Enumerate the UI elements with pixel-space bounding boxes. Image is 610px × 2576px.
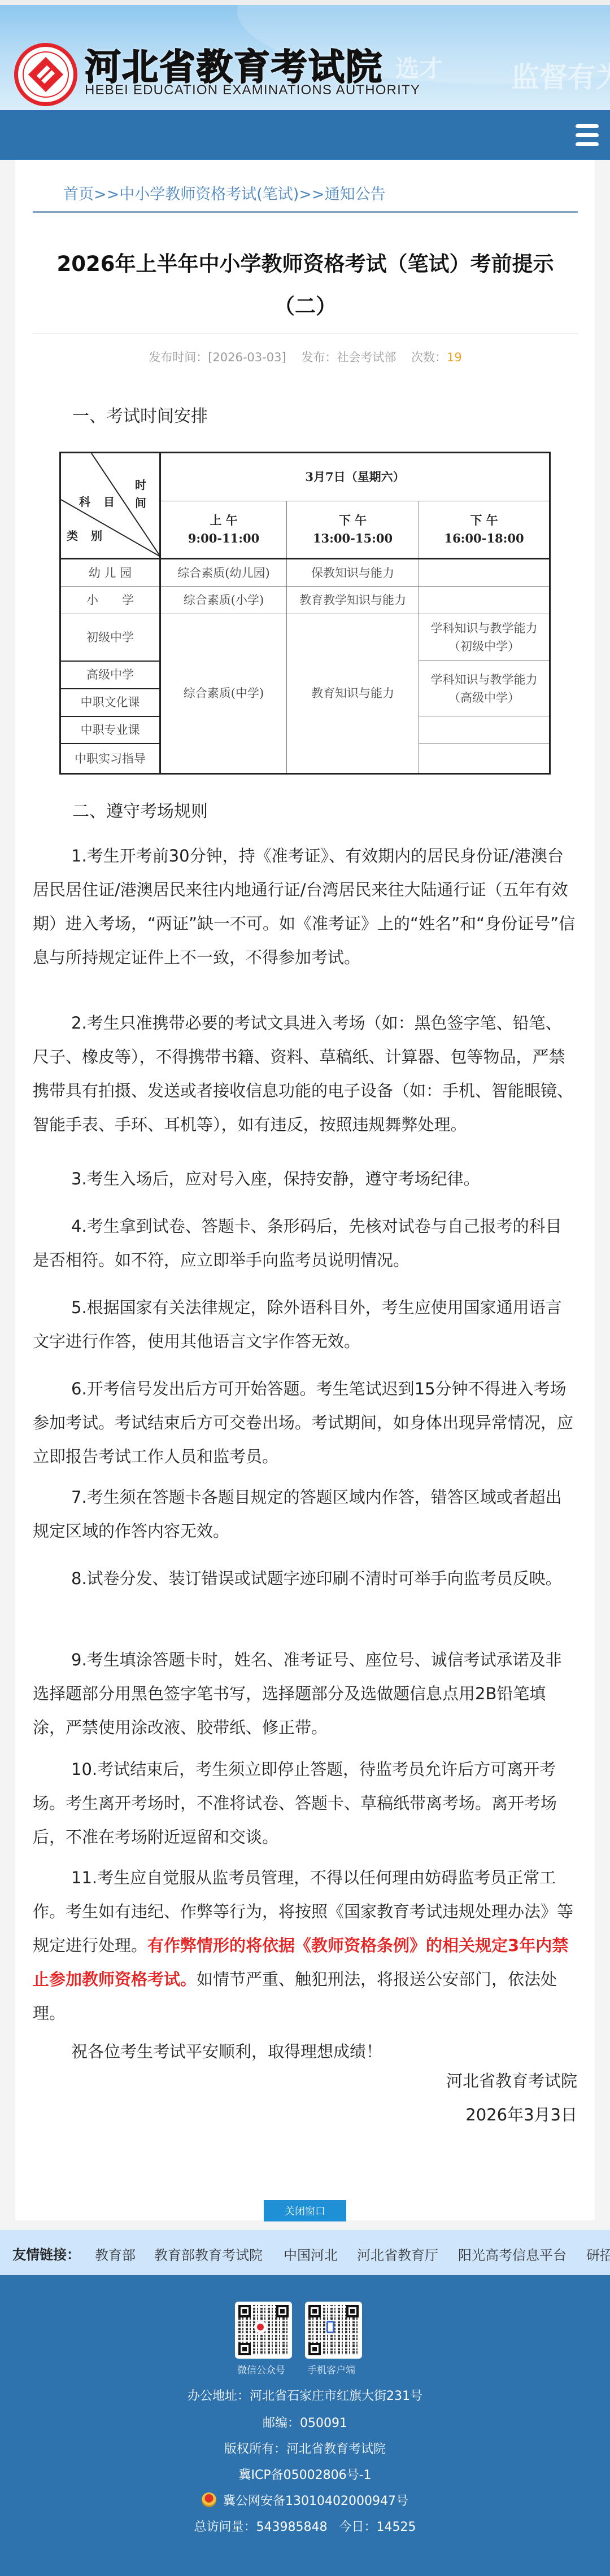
cell (419, 744, 550, 773)
wechat-qr-code-icon[interactable] (235, 2302, 292, 2359)
breadcrumb: 首页>>中小学教师资格考试(笔试)>>通知公告 (63, 182, 386, 204)
cell-junior-s3: 学科知识与教学能力（初级中学） (419, 614, 550, 661)
category-senior: 高级中学 (60, 661, 160, 689)
exam-schedule-table: 时 间 科 目 类 别 3月7日（星期六） 上 午9:00-11:00 下 午1… (59, 452, 551, 775)
site-title[interactable]: 河北省教育考试院 (85, 50, 383, 86)
breadcrumb-separator: >> (299, 186, 324, 203)
cell (419, 559, 550, 587)
breadcrumb-divider (33, 211, 578, 213)
rule-paragraph: 1.考生开考前30分钟，持《准考证》、有效期内的居民身份证/港澳台居民居住证/港… (33, 839, 578, 974)
rule-paragraph: 8.试卷分发、装订错误或试题字迹印刷不清时可举手向监考员反映。 (33, 1562, 578, 1595)
cell-senior-s3: 学科知识与教学能力（高级中学） (419, 661, 550, 716)
rule-paragraph: 3.考生入场后，应对号入座，保持安静，遵守考场纪律。 (33, 1162, 578, 1196)
signature-date: 2026年3月3日 (465, 2102, 577, 2125)
footer-address: 办公地址：河北省石家庄市红旗大街231号 (0, 2386, 610, 2404)
visits-total: 543985848 (256, 2520, 328, 2534)
footer-police-record[interactable]: 冀公网安备13010402000947号 (0, 2491, 610, 2509)
rule-paragraph: 10.考试结束后，考生须立即停止答题，待监考员允许后方可离开考场。考生离开考场时… (33, 1752, 578, 1854)
article-meta: 发布时间：[2026-03-03] 发布：社会考试部 次数：19 (33, 348, 578, 365)
cell: 保教知识与能力 (287, 559, 419, 587)
rule-paragraph: 6.开考信号发出后方可开始答题。考生笔试迟到15分钟不得进入考场参加考试。考试结… (33, 1372, 578, 1473)
footer-copyright: 版权所有：河北省教育考试院 (0, 2439, 610, 2457)
category-voc-major: 中职专业课 (60, 716, 160, 744)
exam-date: 3月7日（星期六） (160, 453, 550, 501)
footer-icp[interactable]: 冀ICP备05002806号-1 (0, 2465, 610, 2483)
session-afternoon-1: 下 午13:00-15:00 (287, 501, 419, 559)
site-footer: 微信公众号 手机客户端 办公地址：河北省石家庄市红旗大街231号 邮编：0500… (0, 2275, 610, 2576)
signature-org: 河北省教育考试院 (446, 2068, 577, 2092)
police-badge-icon (202, 2492, 216, 2507)
category-kindergarten: 幼 儿 园 (60, 559, 160, 587)
publish-time: 发布时间：[2026-03-03] (149, 351, 286, 364)
category-voc-practice: 中职实习指导 (60, 744, 160, 773)
rule-paragraph: 2.考生只准携带必要的考试文具进入考场（如：黑色签字笔、铅笔、尺子、橡皮等），不… (33, 1006, 578, 1142)
link-moe[interactable]: 教育部 (95, 2244, 136, 2264)
banner-slogan: 选才 (395, 50, 443, 84)
publisher: 发布：社会考试部 (301, 351, 396, 364)
closing-wishes: 祝各位考生考试平安顺利，取得理想成绩！ (33, 2035, 578, 2068)
cell: 综合素质(幼儿园) (160, 559, 287, 587)
footer-postcode: 邮编：050091 (0, 2413, 610, 2431)
rule-paragraph: 9.考生填涂答题卡时，姓名、准考证号、座位号、诚信考试承诺及非选择题部分用黑色签… (33, 1643, 578, 1744)
cell (419, 716, 550, 744)
cell-middle-s2: 教育知识与能力 (287, 614, 419, 773)
table-corner-header: 时 间 科 目 类 别 (60, 453, 160, 559)
rule-paragraph: 5.根据国家有关法律规定，除外语科目外，考生应使用国家通用语言文字进行作答，使用… (33, 1291, 578, 1358)
qr-caption: 微信公众号 (237, 2362, 285, 2376)
link-yanzhao[interactable]: 研招 (586, 2244, 610, 2264)
nav-bar (0, 110, 610, 160)
breadcrumb-home[interactable]: 首页 (63, 186, 94, 203)
section-heading-rules: 二、遵守考场规则 (72, 797, 208, 822)
qr-caption: 手机客户端 (307, 2362, 355, 2376)
friendly-links-bar: 友情链接： 教育部 教育部教育考试院 中国河北 河北省教育厅 阳光高考信息平台 … (0, 2230, 610, 2275)
close-window-button[interactable]: 关闭窗口 (264, 2200, 346, 2221)
link-gaokao[interactable]: 阳光高考信息平台 (458, 2244, 567, 2264)
category-primary: 小 学 (60, 587, 160, 614)
meta-divider (33, 333, 578, 334)
section-heading-schedule: 一、考试时间安排 (72, 402, 208, 427)
view-count: 次数：19 (411, 351, 462, 364)
link-hebei-edu[interactable]: 河北省教育厅 (357, 2244, 438, 2264)
visits-today: 14525 (377, 2520, 416, 2534)
article-title: 2026年上半年中小学教师资格考试（笔试）考前提示（二） (33, 243, 578, 327)
cell: 综合素质(小学) (160, 587, 287, 614)
category-junior: 初级中学 (60, 614, 160, 661)
footer-visit-stats: 总访问量：543985848 今日：14525 (0, 2517, 610, 2535)
link-neea[interactable]: 教育部教育考试院 (154, 2244, 263, 2264)
mobile-app-qr-code-icon[interactable] (305, 2302, 362, 2359)
cell (419, 587, 550, 614)
cell-middle-s1: 综合素质(中学) (160, 614, 287, 773)
session-morning: 上 午9:00-11:00 (160, 501, 287, 559)
breadcrumb-notices[interactable]: 通知公告 (325, 186, 386, 203)
links-label: 友情链接： (12, 2243, 80, 2263)
site-logo-icon[interactable] (14, 43, 77, 106)
rule-paragraph: 7.考生须在答题卡各题目规定的答题区域内作答，错答区域或者超出规定区域的作答内容… (33, 1480, 578, 1548)
hamburger-menu-icon[interactable] (576, 124, 599, 147)
banner-slogan: 监督有为 (511, 55, 610, 95)
breadcrumb-separator: >> (94, 186, 119, 203)
rule-paragraph-11: 11.考生应自觉服从监考员管理，不得以任何理由妨碍监考员正常工作。考生如有违纪、… (33, 1861, 578, 2030)
cell: 教育教学知识与能力 (287, 587, 419, 614)
category-voc-culture: 中职文化课 (60, 689, 160, 716)
site-subtitle: HEBEI EDUCATION EXAMINATIONS AUTHORITY (85, 82, 420, 98)
top-strip (0, 0, 610, 5)
rule-paragraph: 4.考生拿到试卷、答题卡、条形码后，先核对试卷与自己报考的科目是否相符。如不符，… (33, 1209, 578, 1277)
session-afternoon-2: 下 午16:00-18:00 (419, 501, 550, 559)
breadcrumb-teacher-exam[interactable]: 中小学教师资格考试(笔试) (119, 186, 299, 203)
link-hebei-gov[interactable]: 中国河北 (284, 2244, 338, 2264)
